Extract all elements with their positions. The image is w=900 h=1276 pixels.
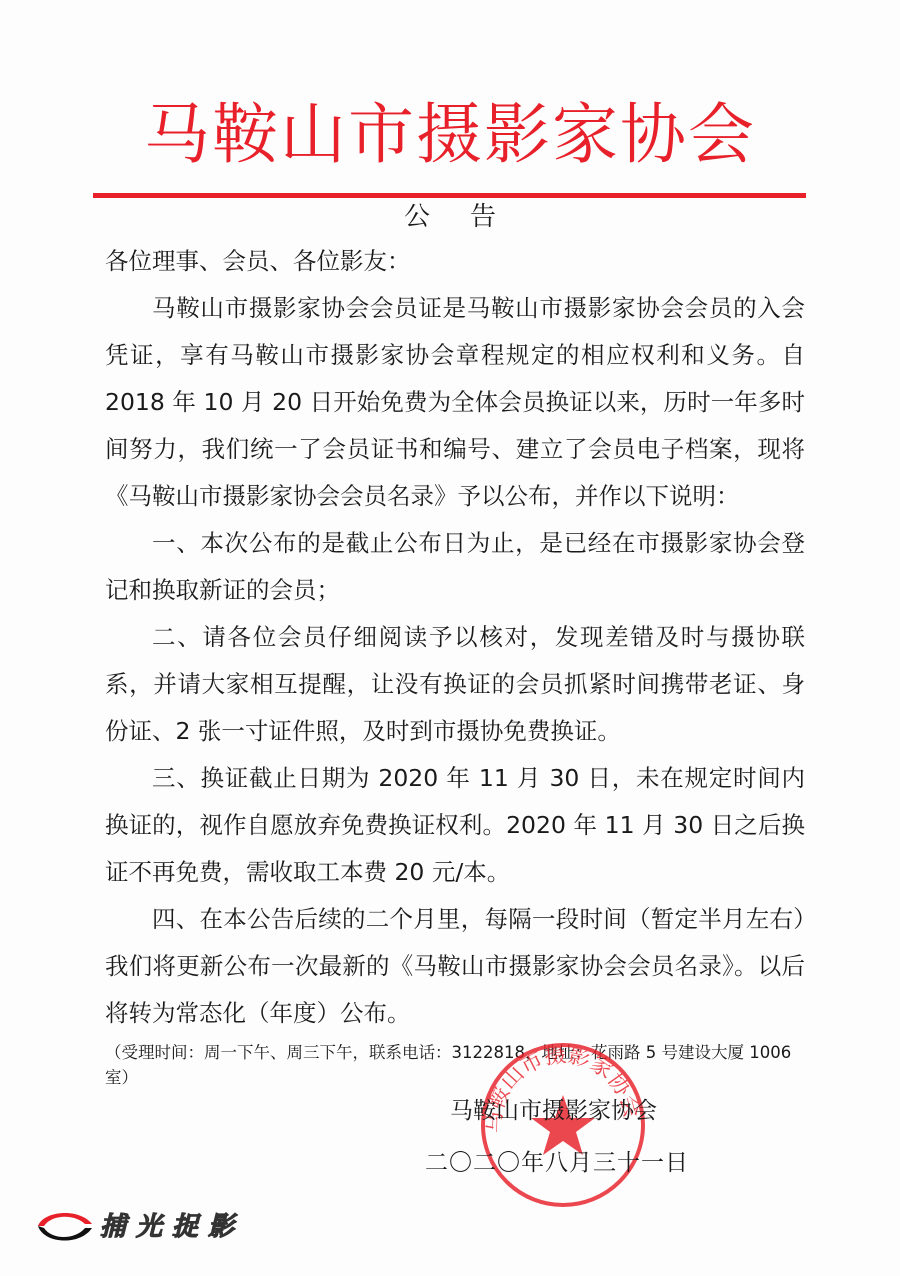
item-4-paragraph: 四、在本公告后续的二个月里，每隔一段时间（暂定半月左右）我们将更新公布一次最新的… (105, 896, 805, 1037)
doc-type-heading: 公告 (0, 196, 900, 233)
salutation: 各位理事、会员、各位影友： (105, 238, 805, 285)
signature-org: 马鞍山市摄影家协会 (450, 1092, 657, 1125)
official-seal-icon: 马鞍山市摄影家协会 (478, 1040, 648, 1210)
watermark-text: 捕光捉影 (100, 1206, 244, 1243)
contact-note: （受理时间：周一下午、周三下午，联系电话：3122818，地址：花雨路 5 号建… (105, 1040, 810, 1090)
item-1-paragraph: 一、本次公布的是截止公布日为止，是已经在市摄影家协会登记和换取新证的会员； (105, 520, 805, 614)
item-3-paragraph: 三、换证截止日期为 2020 年 11 月 30 日，未在规定时间内换证的，视作… (105, 755, 805, 896)
item-2-paragraph: 二、请各位会员仔细阅读予以核对，发现差错及时与摄协联系，并请大家相互提醒，让没有… (105, 614, 805, 755)
org-title: 马鞍山市摄影家协会 (0, 95, 900, 175)
announcement-body: 各位理事、会员、各位影友： 马鞍山市摄影家协会会员证是马鞍山市摄影家协会会员的入… (105, 238, 805, 1037)
signature-date: 二〇二〇年八月三十一日 (425, 1144, 689, 1177)
intro-paragraph: 马鞍山市摄影家协会会员证是马鞍山市摄影家协会会员的入会凭证，享有马鞍山市摄影家协… (105, 285, 805, 520)
